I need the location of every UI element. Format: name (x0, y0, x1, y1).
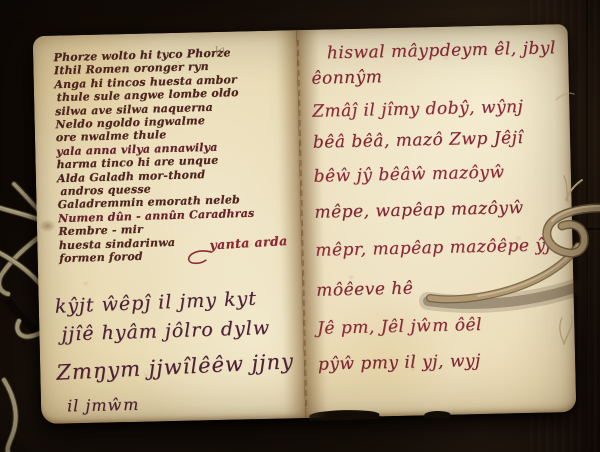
page-stain (424, 411, 450, 419)
open-book: Phorze wolto hi tyco Phorze Ithil Romen … (33, 24, 577, 424)
pencil-mark: la (214, 43, 226, 57)
tengwar-line: pŷŵ pmy il yj, wyj (318, 349, 570, 376)
ribbon-strand (4, 380, 16, 452)
tengwar-line: êonnŷm (311, 63, 563, 90)
right-page: hiswal mâypdeym êl, jbyl êonnŷm Zmâĵ il … (296, 24, 576, 418)
tengwar-line: Zmâĵ il jîmy dobŷ, wŷnj (312, 96, 564, 123)
tengwar-text-block: kŷjt ŵêpĵ il jmy kyt jjîê hyâm jôlro dyl… (54, 286, 295, 418)
wood-plank-seam-vertical (586, 0, 588, 452)
tengwar-line: bêŵ jŷ bêâŵ mazôyŵ (313, 161, 565, 188)
tengwar-line: Zmŋym jjwîlêêw jjny (56, 347, 295, 388)
tengwar-line: mêpe, wapêap mazôyŵ (314, 197, 566, 224)
ink-flourish (186, 248, 214, 267)
tengwar-line: hiswal mâypdeym êl, jbyl (327, 38, 563, 64)
tengwar-line: Jê pm, Jêl jŵm ôêl (317, 313, 569, 340)
tengwar-line: mêpr, mapêap mazôêpe ŷj (315, 235, 567, 262)
manuscript-photo: Phorze wolto hi tyco Phorze Ithil Romen … (0, 0, 600, 452)
tengwar-text-block: hiswal mâypdeym êl, jbyl êonnŷm Zmâĵ il … (311, 38, 570, 376)
tengwar-line: jjîê hyâm jôlro dylw (61, 314, 294, 348)
letter-name-list: Phorze wolto hi tyco Phorze Ithil Romen … (53, 45, 289, 266)
tengwar-line: bêâ bêâ, mazô Zwp Jêjî (313, 127, 565, 154)
page-stain (309, 409, 379, 421)
tengwar-line: il jmŵm (67, 389, 295, 418)
left-page: Phorze wolto hi tyco Phorze Ithil Romen … (33, 30, 305, 424)
tengwar-line: môêeve hê (316, 275, 568, 302)
